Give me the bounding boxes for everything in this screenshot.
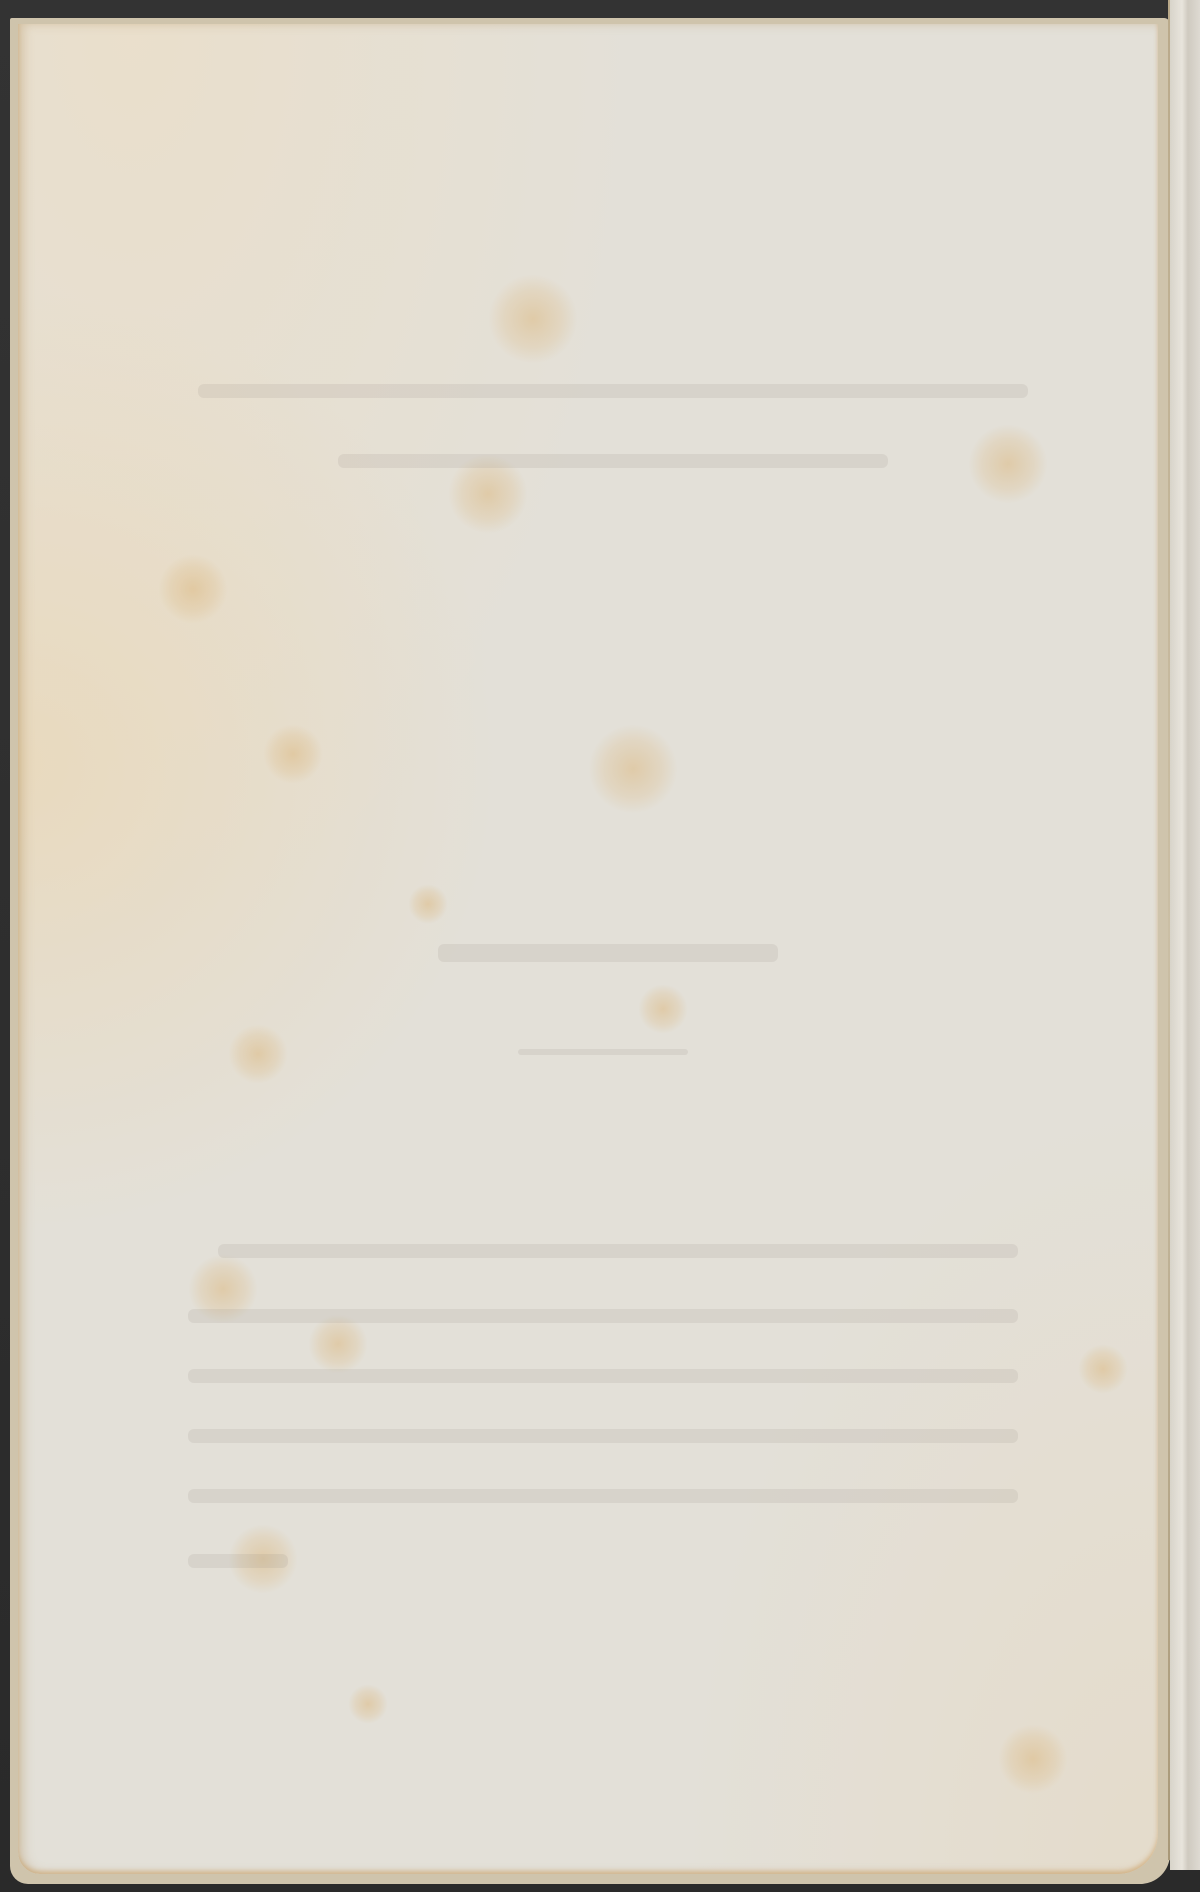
foxing-stain xyxy=(1078,1344,1128,1394)
show-through-heading xyxy=(438,944,778,962)
foxing-stain xyxy=(308,1314,368,1374)
show-through-line xyxy=(188,1369,1018,1383)
show-through-line xyxy=(518,1049,688,1055)
show-through-line xyxy=(188,1489,1018,1503)
foxing-stain xyxy=(263,724,323,784)
foxing-stain xyxy=(968,424,1048,504)
foxing-stain xyxy=(588,724,678,814)
show-through-line xyxy=(188,1429,1018,1443)
show-through-line xyxy=(338,454,888,468)
foxing-stain xyxy=(158,554,228,624)
foxing-stain xyxy=(488,274,578,364)
facing-page-edge xyxy=(1170,0,1200,1870)
foxing-stain xyxy=(408,884,448,924)
show-through-line xyxy=(188,1309,1018,1323)
foxing-stain xyxy=(998,1724,1068,1794)
book-page xyxy=(18,24,1158,1874)
show-through-line xyxy=(198,384,1028,398)
show-through-line xyxy=(188,1554,288,1568)
foxing-stain xyxy=(228,1024,288,1084)
foxing-stain xyxy=(638,984,688,1034)
foxing-stain xyxy=(348,1684,388,1724)
show-through-line xyxy=(218,1244,1018,1258)
